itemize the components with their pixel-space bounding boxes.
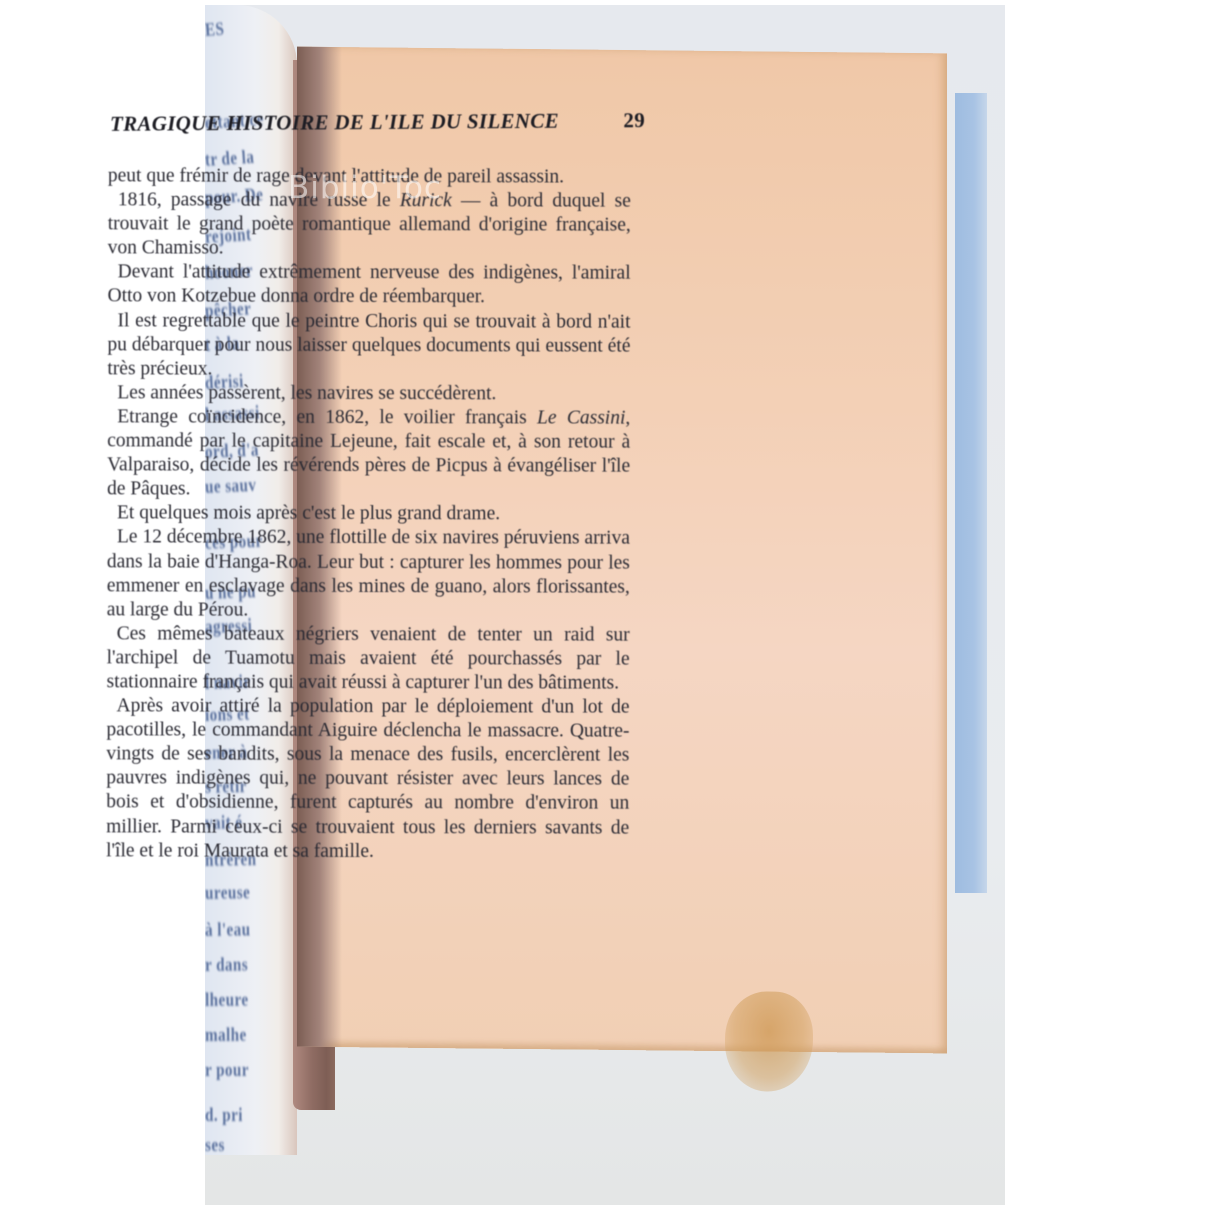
water-stain [725,991,813,1092]
paragraph: Les années passèrent, les navires se suc… [107,381,630,406]
paragraph: Etrange coïncidence, en 1862, le voilier… [107,405,630,503]
left-page-text-fragment: r dans [205,955,248,977]
paragraph: Après avoir attiré la population par le … [106,694,629,864]
paragraph: Ces mêmes bateaux négriers venaient de t… [107,622,630,696]
ship-name: Le Cassini [537,407,625,428]
left-page-text-fragment: à l'eau [205,919,251,942]
blue-backdrop-card [955,93,987,893]
ship-name: Rurick [400,190,452,211]
left-page-text-fragment: lheure [205,990,249,1012]
page-body-text: peut que frémir de rage devant l'attitud… [106,164,631,864]
paragraph: Devant l'attitude extrêmement nerveuse d… [108,261,631,311]
paragraph: peut que frémir de rage devant l'attitud… [108,164,631,189]
left-page-text-fragment: ureuse [205,882,250,905]
left-page-text-fragment: ES [205,19,225,42]
chapter-title: TRAGIQUE HISTOIRE DE L'ILE DU SILENCE [110,109,559,137]
left-page-text-fragment: malhe [205,1025,247,1047]
paragraph: Et quelques mois après c'est le plus gra… [107,502,630,527]
page-number: 29 [623,108,645,133]
paragraph: Il est regrettable que le peintre Choris… [107,309,630,383]
left-page-text-fragment: r pour [205,1060,249,1082]
left-page-text-fragment: d. pri [205,1105,243,1127]
running-head: TRAGIQUE HISTOIRE DE L'ILE DU SILENCE 29 [110,108,645,137]
paragraph: 1816, passage du navire russe le Rurick … [108,188,631,262]
left-page-text-fragment: ses [205,1135,225,1155]
paragraph: Le 12 décembre 1862, une flottille de si… [107,526,630,624]
